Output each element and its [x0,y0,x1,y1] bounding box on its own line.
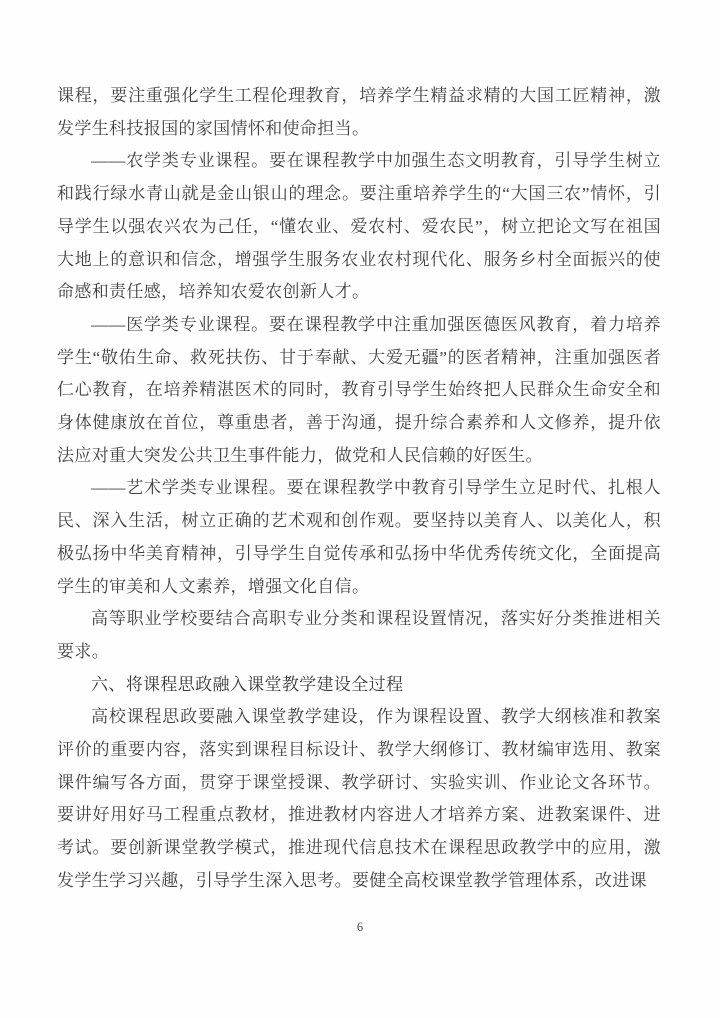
paragraph: 课程，要注重强化学生工程伦理教育，培养学生精益求精的大国工匠精神，激发学生科技报… [57,80,661,145]
paragraph: ——医学类专业课程。要在课程教学中注重加强医德医风教育，着力培养学生“敬佑生命、… [57,309,661,473]
page-number: 6 [0,920,720,935]
document-page: 课程，要注重强化学生工程伦理教育，培养学生精益求精的大国工匠精神，激发学生科技报… [0,0,720,1018]
paragraph: 高等职业学校要结合高职专业分类和课程设置情况，落实好分类推进相关要求。 [57,603,661,668]
paragraph: ——艺术学类专业课程。要在课程教学中教育引导学生立足时代、扎根人民、深入生活，树… [57,472,661,603]
section-heading: 六、将课程思政融入课堂教学建设全过程 [57,669,661,702]
paragraph: 高校课程思政要融入课堂教学建设，作为课程设置、教学大纲核准和教案评价的重要内容，… [57,701,661,897]
paragraph: ——农学类专业课程。要在课程教学中加强生态文明教育，引导学生树立和践行绿水青山就… [57,145,661,309]
document-body: 课程，要注重强化学生工程伦理教育，培养学生精益求精的大国工匠精神，激发学生科技报… [57,80,661,898]
